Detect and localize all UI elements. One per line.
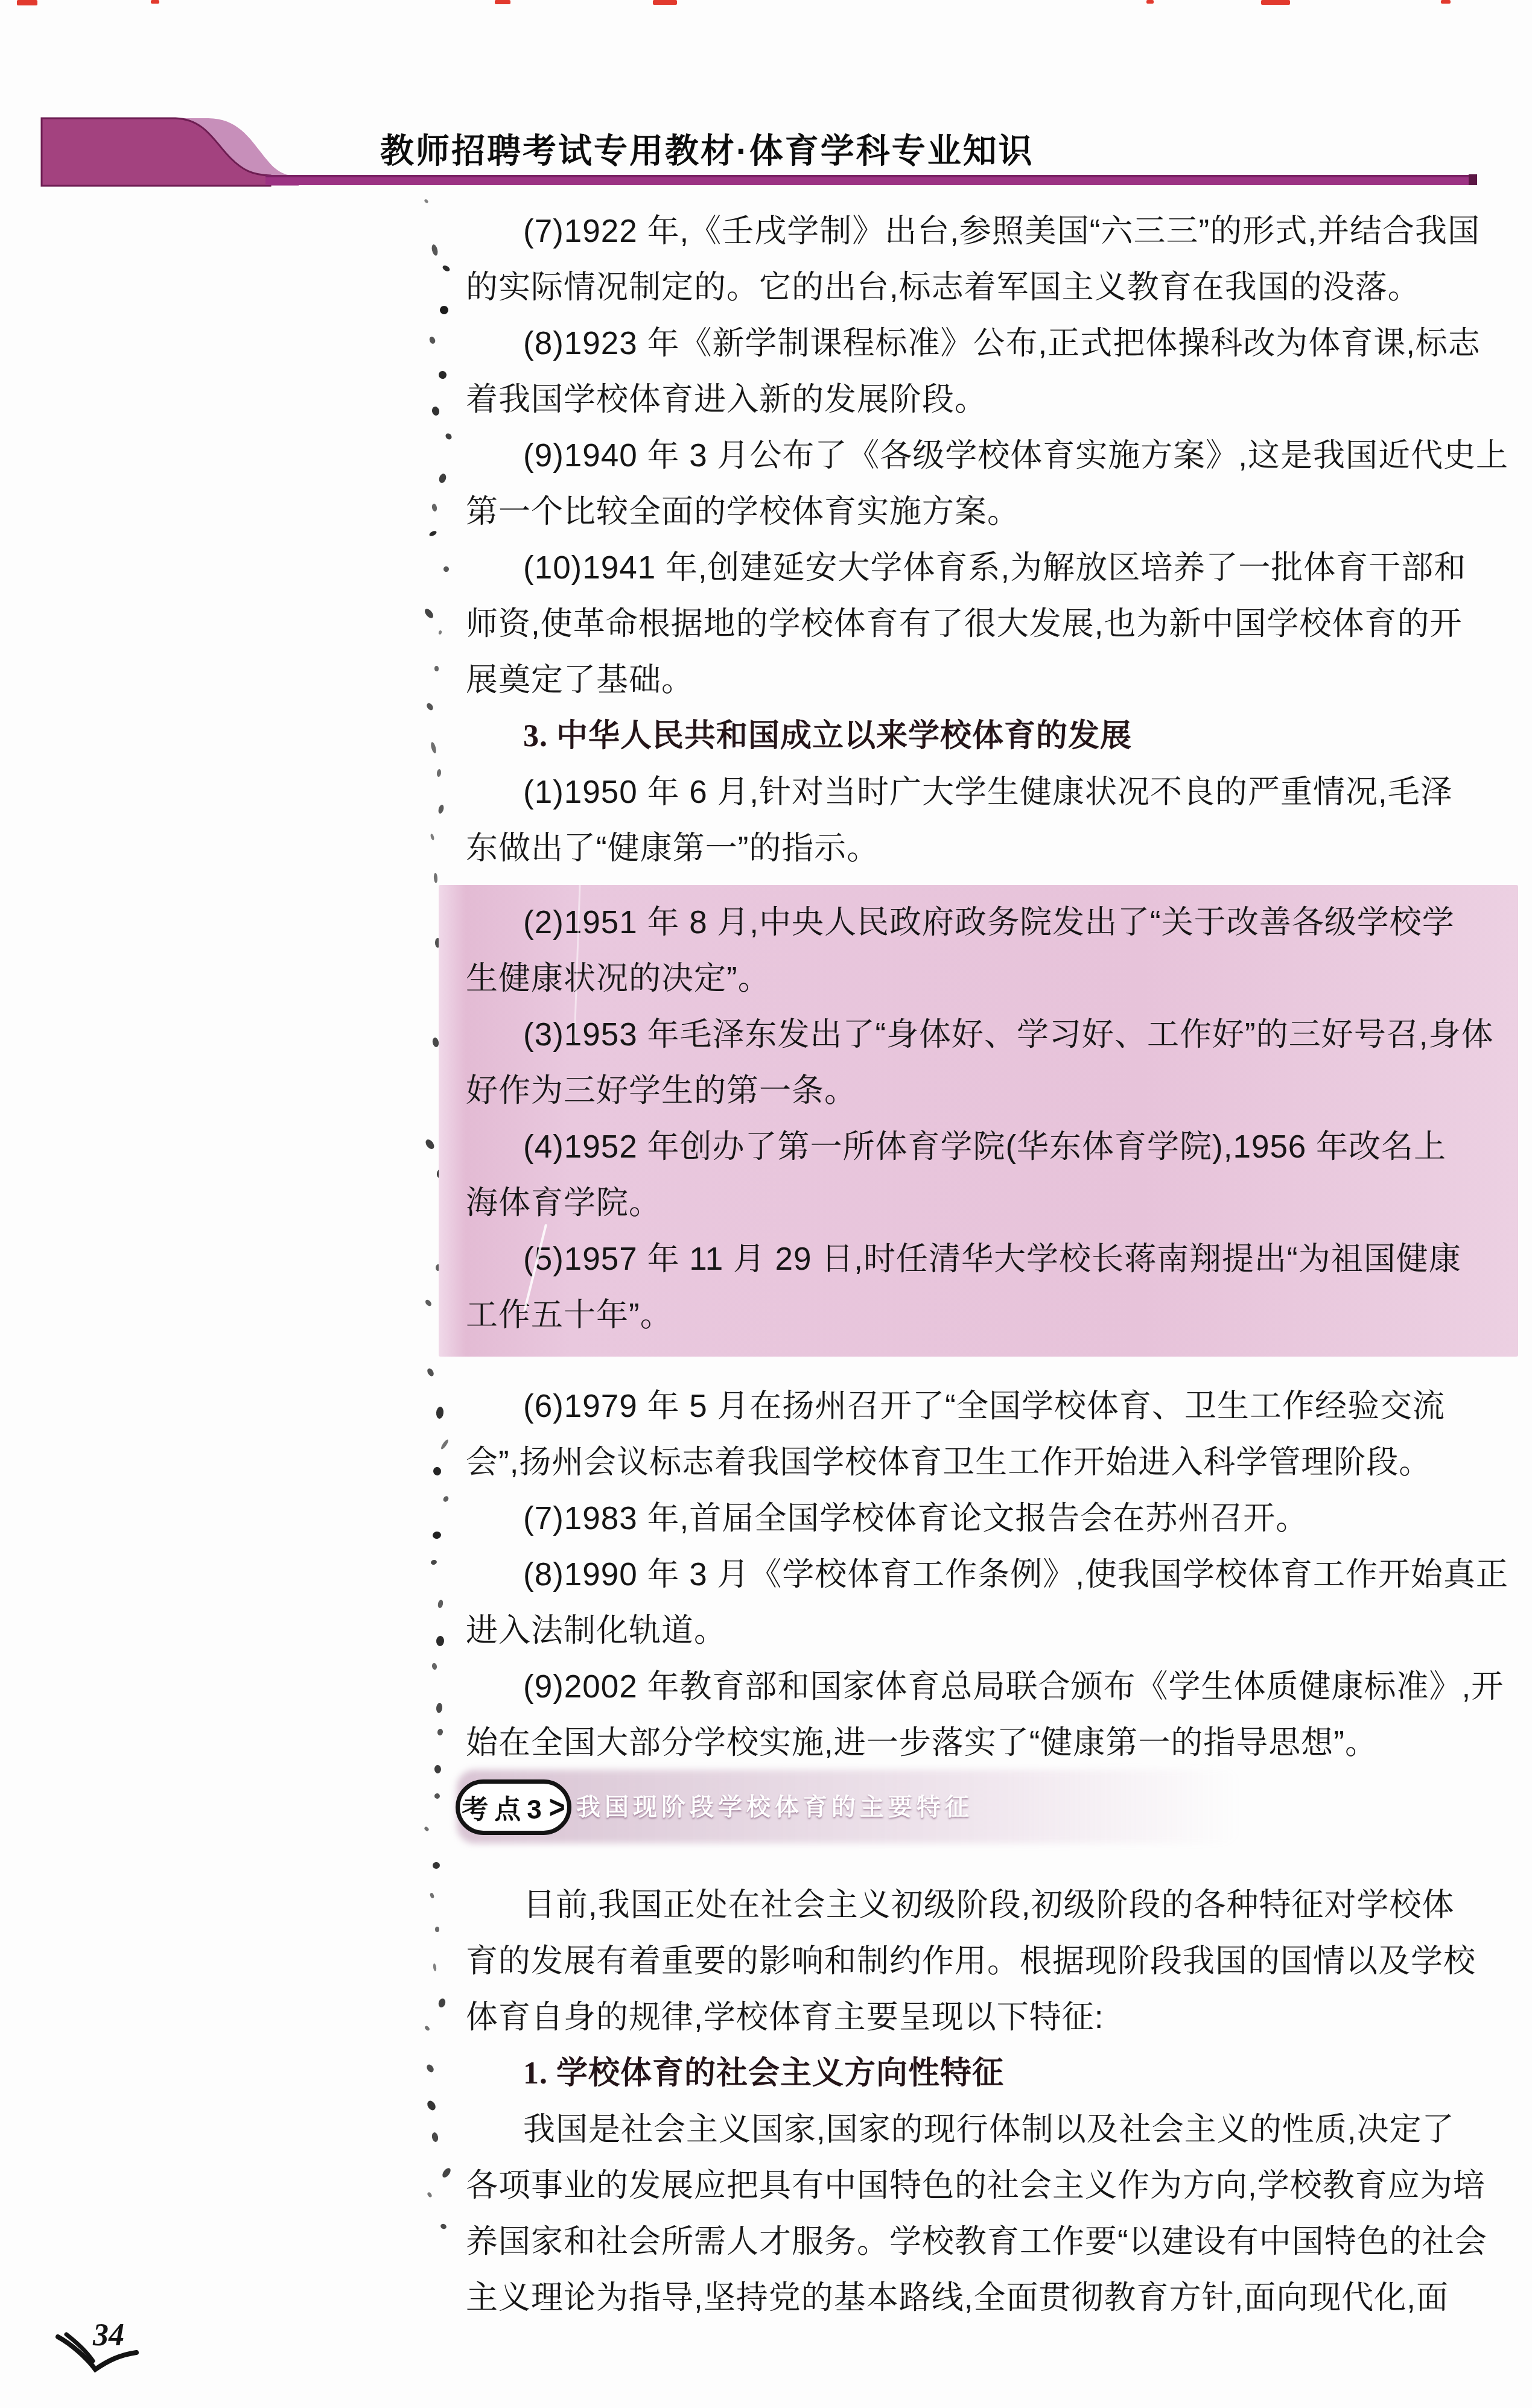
binding-mark [431,1662,437,1670]
binding-mark [424,1299,433,1307]
body-text-line: 第一个比较全面的学校体育实施方案。 [439,484,1518,540]
binding-mark [424,1138,436,1151]
body-text-line: 工作五十年”。 [439,1287,1518,1343]
body-text-line: 着我国学校体育进入新的发展阶段。 [439,372,1518,428]
body-text-line: (6)1979 年 5 月在扬州召开了“全国学校体育、卫生工作经验交流 [439,1378,1518,1434]
body-text-line: 会”,扬州会议标志着我国学校体育卫生工作开始进入科学管理阶段。 [439,1434,1518,1491]
body-text-line: 目前,我国正处在社会主义初级阶段,初级阶段的各种特征对学校体 [439,1877,1518,1933]
highlighted-block: (2)1951 年 8 月,中央人民政府政务院发出了“关于改善各级学校学生健康状… [439,885,1518,1357]
body-text-line: (1)1950 年 6 月,针对当时广大学生健康状况不良的严重情况,毛泽 [439,764,1518,820]
page-number-mark: 34 [53,2313,162,2391]
body-paragraph: (8)1923 年《新学制课程标准》公布,正式把体操科改为体育课,标志着我国学校… [439,315,1518,428]
section-heading-line: 1. 学校体育的社会主义方向性特征 [439,2045,1518,2102]
keypoint-banner: 考点3>我国现阶段学校体育的主要特征 [439,1776,1518,1837]
binding-mark [424,198,428,203]
book-page: { "page": { "header_title": "教师招聘考试专用教材·… [0,0,1532,2408]
keypoint-badge-pill: 考点3> [456,1779,571,1835]
header-ribbon [0,0,1532,205]
binding-mark [428,530,437,537]
body-paragraph: (8)1990 年 3 月《学校体育工作条例》,使我国学校体育工作开始真正进入法… [439,1547,1518,1659]
section-heading: 1. 学校体育的社会主义方向性特征 [439,2045,1518,2102]
binding-mark [423,607,434,619]
binding-mark [425,702,434,712]
body-paragraph: (5)1957 年 11 月 29 日,时任清华大学校长蒋南翔提出“为祖国健康工… [439,1231,1518,1343]
body-paragraph: 我国是社会主义国家,国家的现行体制以及社会主义的性质,决定了各项事业的发展应把具… [439,2102,1518,2326]
body-paragraph: (9)2002 年教育部和国家体育总局联合颁布《学生体质健康标准》,开始在全国大… [439,1659,1518,1771]
body-text-line: 师资,使革命根据地的学校体育有了很大发展,也为新中国学校体育的开 [439,596,1518,652]
body-text-line: 海体育学院。 [439,1175,1518,1231]
body-text-line: (10)1941 年,创建延安大学体育系,为解放区培养了一批体育干部和 [439,540,1518,596]
binding-mark [426,1367,435,1378]
binding-mark [433,1963,437,1972]
body-text-line: (8)1990 年 3 月《学校体育工作条例》,使我国学校体育工作开始真正 [439,1547,1518,1603]
body-text-line: 好作为三好学生的第一条。 [439,1063,1518,1119]
binding-mark [431,244,439,256]
binding-mark [424,2025,430,2032]
body-text-line: (4)1952 年创办了第一所体育学院(华东体育学院),1956 年改名上 [439,1119,1518,1175]
body-text-line: 我国是社会主义国家,国家的现行体制以及社会主义的性质,决定了 [439,2102,1518,2158]
body-paragraph: (9)1940 年 3 月公布了《各级学校体育实施方案》,这是我国近代史上第一个… [439,428,1518,540]
body-text-line: 展奠定了基础。 [439,652,1518,708]
body-text-line: 主义理论为指导,坚持党的基本路线,全面贯彻教育方针,面向现代化,面 [439,2270,1518,2326]
body-text-line: 育的发展有着重要的影响和制约作用。根据现阶段我国的国情以及学校 [439,1933,1518,1989]
content-column: (7)1922 年,《壬戌学制》出台,参照美国“六三三”的形式,并结合我国的实际… [439,203,1518,2326]
body-paragraph: (6)1979 年 5 月在扬州召开了“全国学校体育、卫生工作经验交流会”,扬州… [439,1378,1518,1491]
body-text-line: (8)1923 年《新学制课程标准》公布,正式把体操科改为体育课,标志 [439,315,1518,372]
body-paragraph: (4)1952 年创办了第一所体育学院(华东体育学院),1956 年改名上海体育… [439,1119,1518,1231]
binding-mark [425,2099,437,2112]
body-text-line: (5)1957 年 11 月 29 日,时任清华大学校长蒋南翔提出“为祖国健康 [439,1231,1518,1287]
body-paragraph: (2)1951 年 8 月,中央人民政府政务院发出了“关于改善各级学校学生健康状… [439,895,1518,1007]
binding-mark [431,2132,439,2143]
binding-mark [425,2063,435,2073]
body-text-line: 养国家和社会所需人才服务。学校教育工作要“以建设有中国特色的社会 [439,2214,1518,2270]
body-text-line: 生健康状况的决定”。 [439,951,1518,1007]
body-text-line: (3)1953 年毛泽东发出了“身体好、学习好、工作好”的三好号召,身体 [439,1007,1518,1063]
body-text-line: (9)2002 年教育部和国家体育总局联合颁布《学生体质健康标准》,开 [439,1659,1518,1715]
keypoint-title: 我国现阶段学校体育的主要特征 [576,1776,973,1837]
body-text-line: 进入法制化轨道。 [439,1603,1518,1659]
chevron-right-icon: > [549,1789,565,1826]
body-paragraph: (7)1922 年,《壬戌学制》出台,参照美国“六三三”的形式,并结合我国的实际… [439,203,1518,315]
body-text-line: 各项事业的发展应把具有中国特色的社会主义作为方向,学校教育应为培 [439,2158,1518,2214]
body-paragraph: (3)1953 年毛泽东发出了“身体好、学习好、工作好”的三好号召,身体好作为三… [439,1007,1518,1119]
page-number: 34 [93,2318,124,2353]
body-text-line: (2)1951 年 8 月,中央人民政府政务院发出了“关于改善各级学校学 [439,895,1518,951]
body-text-line: (7)1983 年,首届全国学校体育论文报告会在苏州召开。 [439,1491,1518,1547]
binding-mark [428,336,436,345]
body-paragraph: (1)1950 年 6 月,针对当时广大学生健康状况不良的严重情况,毛泽东做出了… [439,764,1518,876]
body-text-line: 的实际情况制定的。它的出台,标志着军国主义教育在我国的没落。 [439,259,1518,315]
body-paragraph: (10)1941 年,创建延安大学体育系,为解放区培养了一批体育干部和师资,使革… [439,540,1518,708]
body-paragraph: 目前,我国正处在社会主义初级阶段,初级阶段的各种特征对学校体育的发展有着重要的影… [439,1877,1518,2045]
body-text-line: 始在全国大部分学校实施,进一步落实了“健康第一的指导思想”。 [439,1715,1518,1771]
section-heading-line: 3. 中华人民共和国成立以来学校体育的发展 [439,708,1518,764]
body-text-line: 东做出了“健康第一”的指示。 [439,820,1518,876]
body-text-line: (9)1940 年 3 月公布了《各级学校体育实施方案》,这是我国近代史上 [439,428,1518,484]
keypoint-badge-label: 考点3 [462,1788,547,1827]
body-paragraph: (7)1983 年,首届全国学校体育论文报告会在苏州召开。 [439,1491,1518,1547]
binding-mark [431,503,438,512]
binding-mark [424,1826,430,1832]
binding-mark [430,741,437,753]
binding-mark [427,2191,433,2198]
body-text-line: 体育自身的规律,学校体育主要呈现以下特征: [439,1989,1518,2045]
binding-mark [430,1892,435,1899]
binding-mark [430,1559,437,1566]
binding-mark [430,833,434,840]
section-heading: 3. 中华人民共和国成立以来学校体育的发展 [439,708,1518,764]
body-text-line: (7)1922 年,《壬戌学制》出台,参照美国“六三三”的形式,并结合我国 [439,203,1518,259]
binding-mark [433,873,437,883]
page-header-title: 教师招聘考试专用教材·体育学科专业知识 [380,124,1225,163]
